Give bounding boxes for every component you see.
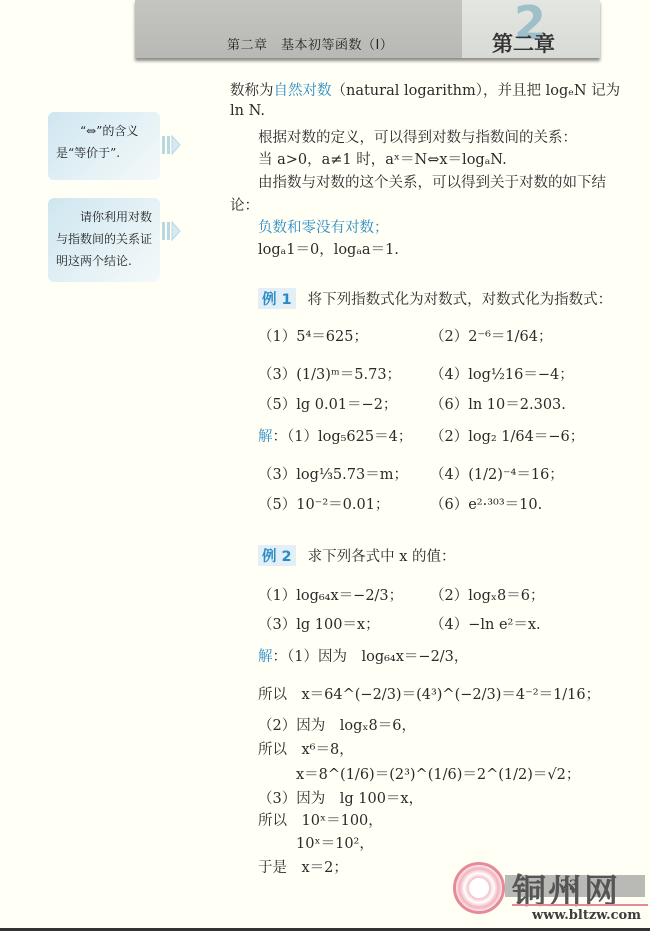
ex1-solution: （5）10⁻²＝0.01； [258,493,389,514]
intro-line-7: logₐ1＝0，logₐa＝1. [258,238,399,259]
text-fragment: ： [273,429,288,445]
running-head-title: 第二章 基本初等函数（Ⅰ） [227,34,393,53]
ex2-step: 所以 x＝64^(−2/3)＝(4³)^(−2/3)＝4⁻²＝1/16； [258,683,600,704]
chapter-badge: 2 第二章 [462,0,600,58]
intro-line-1: 数称为自然对数（natural logarithm），并且把 logₑN 记为 [230,79,620,100]
example2-heading: 例 2求下列各式中 x 的值： [258,545,456,566]
note-line: 请你利用对数 [56,206,152,228]
ex1-solution-row: 解：（1）log₅625＝4； [258,425,412,446]
ex1-solution: （2）log₂ 1/64＝−6； [430,425,584,446]
chapter-header-bar: 第二章 基本初等函数（Ⅰ） 2 第二章 [135,0,600,58]
solution-label: 解 [258,429,273,445]
text-fragment: ： [273,649,288,665]
ex2-problem: （1）log₆₄x＝−2/3； [258,584,403,605]
highlight-no-log: 负数和零没有对数； [258,216,389,237]
side-note-equivalence: “⇔”的含义 是“等价于”. [48,112,160,180]
ex2-problem: （3）lg 100＝x； [258,613,380,634]
ex2-step-row: 解：（1）因为 log₆₄x＝−2/3， [258,645,468,666]
ex2-step: （1）因为 log₆₄x＝−2/3， [287,649,468,665]
ex1-problem: （3）(1/3)ᵐ＝5.73； [258,363,401,384]
note-line: 是“等价于”. [56,142,152,164]
ex1-problem: （5）lg 0.01＝−2； [258,393,397,414]
watermark: 铜州网 www.bltzw.com [450,858,650,928]
side-note-prove: 请你利用对数 与指数间的关系证 明这两个结论. [48,198,160,282]
ex1-problem: （2）2⁻⁶＝1/64； [430,325,552,346]
ex2-step: 所以 10ˣ＝100， [258,809,383,830]
ex1-problem: （1）5⁴＝625； [258,325,368,346]
chapter-label: 第二章 [492,28,555,58]
watermark-url: www.bltzw.com [532,908,641,923]
text-fragment: 数称为 [230,83,274,99]
ex2-step: 所以 x⁶＝8， [258,738,354,759]
intro-line-3: 根据对数的定义，可以得到对数与指数间的关系： [258,126,577,147]
example2-prompt: 求下列各式中 x 的值： [308,549,456,565]
watermark-logo-icon [453,862,505,914]
ex2-problem: （2）logₓ8＝6； [430,584,544,605]
ex1-solution: （1）log₅625＝4； [287,429,412,445]
ex1-solution: （4）(1/2)⁻⁴＝16； [430,463,564,484]
note-line: “⇔”的含义 [56,120,152,142]
ex2-step: （3）因为 lg 100＝x， [258,787,423,808]
ex2-step: 于是 x＝2； [258,856,348,877]
example1-tag: 例 1 [258,288,296,309]
term-natural-log: 自然对数 [274,83,332,99]
example1-heading: 例 1将下列指数式化为对数式，对数式化为指数式： [258,288,612,309]
intro-line-5: 由指数与对数的这个关系，可以得到关于对数的如下结 [258,171,606,192]
note-line: 明这两个结论. [56,250,152,272]
intro-line-2: ln N. [230,103,265,119]
ex1-problem: （6）ln 10＝2.303. [430,393,566,414]
text-fragment: （natural logarithm），并且把 logₑN 记为 [332,83,621,99]
example2-tag: 例 2 [258,545,296,566]
intro-line-6: 论： [230,194,259,215]
ex2-step: （2）因为 logₓ8＝6， [258,714,416,735]
note-tab-arrow-icon [162,134,182,156]
watermark-divider [512,904,648,906]
solution-label: 解 [258,649,273,665]
ex1-solution: （3）log⅓5.73＝m； [258,463,408,484]
intro-line-4: 当 a>0，a≠1 时，aˣ＝N⇔x＝logₐN. [258,148,507,169]
ex1-problem: （4）log½16＝−4； [430,363,574,384]
ex2-problem: （4）−ln e²＝x. [430,613,541,634]
ex2-step: x＝8^(1/6)＝(2³)^(1/6)＝2^(1/2)＝√2； [296,763,580,784]
ex2-step: 10ˣ＝10²， [296,832,374,853]
ex1-solution: （6）e²·³⁰³＝10. [430,493,542,514]
example1-prompt: 将下列指数式化为对数式，对数式化为指数式： [308,292,613,308]
note-tab-arrow-icon [162,220,182,242]
note-line: 与指数间的关系证 [56,228,152,250]
